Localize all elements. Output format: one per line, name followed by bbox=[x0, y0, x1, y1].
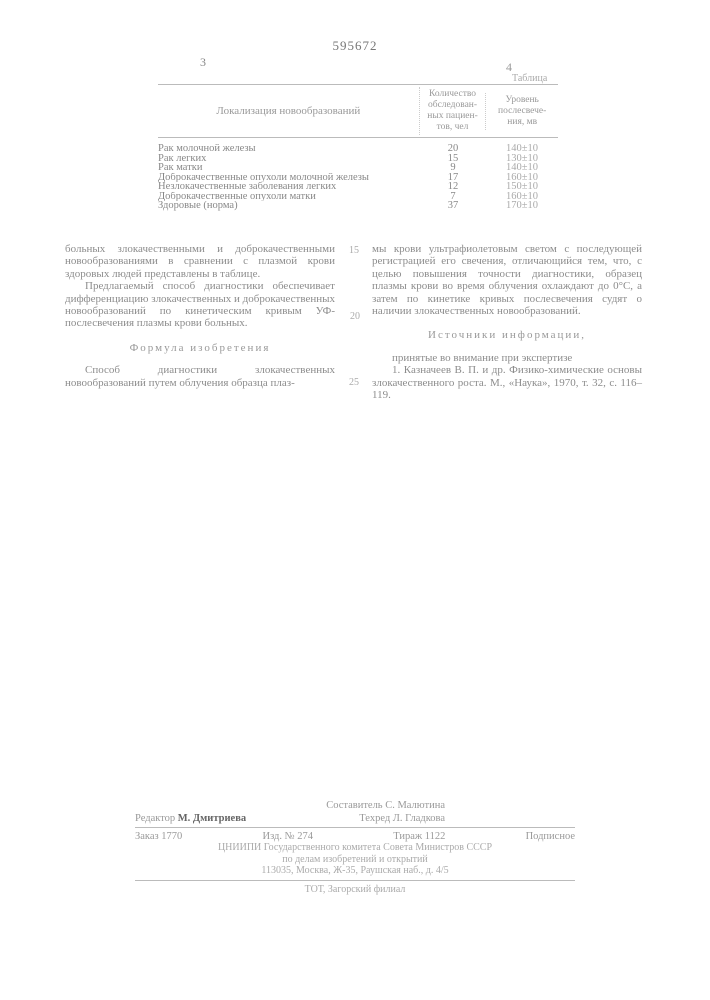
table-row: Здоровые (норма)37170±10 bbox=[158, 201, 558, 211]
patent-number: 595672 bbox=[0, 38, 710, 54]
line-number-20: 20 bbox=[350, 311, 360, 322]
publisher-block: ЦНИИПИ Государственного комитета Совета … bbox=[135, 842, 575, 877]
editor-label: Редактор bbox=[135, 813, 175, 824]
references-intro: принятые во внимание при экспертизе bbox=[372, 352, 642, 364]
line-number-25: 25 bbox=[349, 377, 359, 388]
left-paragraph-2: Предлагаемый способ диагностики обеспечи… bbox=[65, 280, 335, 330]
editor: Редактор М. Дмитриева bbox=[135, 813, 246, 824]
compiler: Составитель С. Малютина bbox=[326, 800, 445, 811]
references-title: Источники информации, bbox=[372, 329, 642, 341]
footer-rule-2 bbox=[135, 880, 575, 881]
count-cell: 37 bbox=[420, 201, 486, 211]
table-row: Доброкачественные опухоли матки7160±10 bbox=[158, 192, 558, 202]
footer-compiler-row: Составитель С. Малютина bbox=[135, 800, 575, 811]
reference-1: 1. Казначеев В. П. и др. Физико-химическ… bbox=[372, 364, 642, 401]
table-header: Локализация новообразований Количество о… bbox=[158, 85, 558, 137]
table-label: Таблица bbox=[512, 73, 547, 84]
header-level: Уровень послесвече- ния, мв bbox=[485, 93, 558, 130]
footer-rule-1 bbox=[135, 827, 575, 828]
right-text-column: мы крови ультрафиолетовым светом с после… bbox=[372, 243, 642, 401]
claims-title: Формула изобретения bbox=[65, 342, 335, 354]
claim-text-end: мы крови ультрафиолетовым светом с после… bbox=[372, 243, 642, 317]
localization-cell: Здоровые (норма) bbox=[158, 201, 420, 211]
header-localization: Локализация новообразований bbox=[158, 105, 419, 117]
editor-name: М. Дмитриева bbox=[178, 813, 246, 824]
footer-order-row: Заказ 1770 Изд. № 274 Тираж 1122 Подписн… bbox=[135, 831, 575, 842]
table-row: Рак легких15130±10 bbox=[158, 154, 558, 164]
line-number-15: 15 bbox=[349, 245, 359, 256]
data-table: Локализация новообразований Количество о… bbox=[158, 84, 558, 211]
printing-plant: ТОТ, Загорский филиал bbox=[135, 884, 575, 896]
localization-cell: Рак матки bbox=[158, 163, 420, 173]
table-row: Рак матки9140±10 bbox=[158, 163, 558, 173]
techred: Техред Л. Гладкова bbox=[359, 813, 445, 824]
footer-editor-row: Редактор М. Дмитриева Техред Л. Гладкова bbox=[135, 813, 575, 824]
table-row: Доброкачественные опухоли молочной желез… bbox=[158, 173, 558, 183]
localization-cell: Незлокачественные заболевания легких bbox=[158, 182, 420, 192]
publisher-line-1: ЦНИИПИ Государственного комитета Совета … bbox=[135, 842, 575, 854]
left-text-column: больных злокачественными и доброкачестве… bbox=[65, 243, 335, 389]
localization-cell: Рак легких bbox=[158, 154, 420, 164]
localization-cell: Доброкачественные опухоли молочной желез… bbox=[158, 173, 420, 183]
circulation: Тираж 1122 bbox=[393, 831, 445, 842]
header-count: Количество обследован- ных пациен- тов, … bbox=[419, 87, 486, 135]
publisher-line-2: по делам изобретений и открытий bbox=[135, 854, 575, 866]
left-column-number: 3 bbox=[200, 55, 206, 70]
localization-cell: Рак молочной железы bbox=[158, 144, 420, 154]
claim-text-start: Способ диагностики злокачественных новоо… bbox=[65, 364, 335, 389]
publisher-address: 113035, Москва, Ж-35, Раушская наб., д. … bbox=[135, 865, 575, 877]
level-cell: 170±10 bbox=[486, 201, 558, 211]
left-paragraph-1: больных злокачественными и доброкачестве… bbox=[65, 243, 335, 280]
order-number: Заказ 1770 bbox=[135, 831, 182, 842]
localization-cell: Доброкачественные опухоли матки bbox=[158, 192, 420, 202]
edition-number: Изд. № 274 bbox=[262, 831, 313, 842]
subscription: Подписное bbox=[526, 831, 575, 842]
table-body: Рак молочной железы20140±10Рак легких151… bbox=[158, 138, 558, 211]
table-row: Рак молочной железы20140±10 bbox=[158, 144, 558, 154]
table-row: Незлокачественные заболевания легких1215… bbox=[158, 182, 558, 192]
